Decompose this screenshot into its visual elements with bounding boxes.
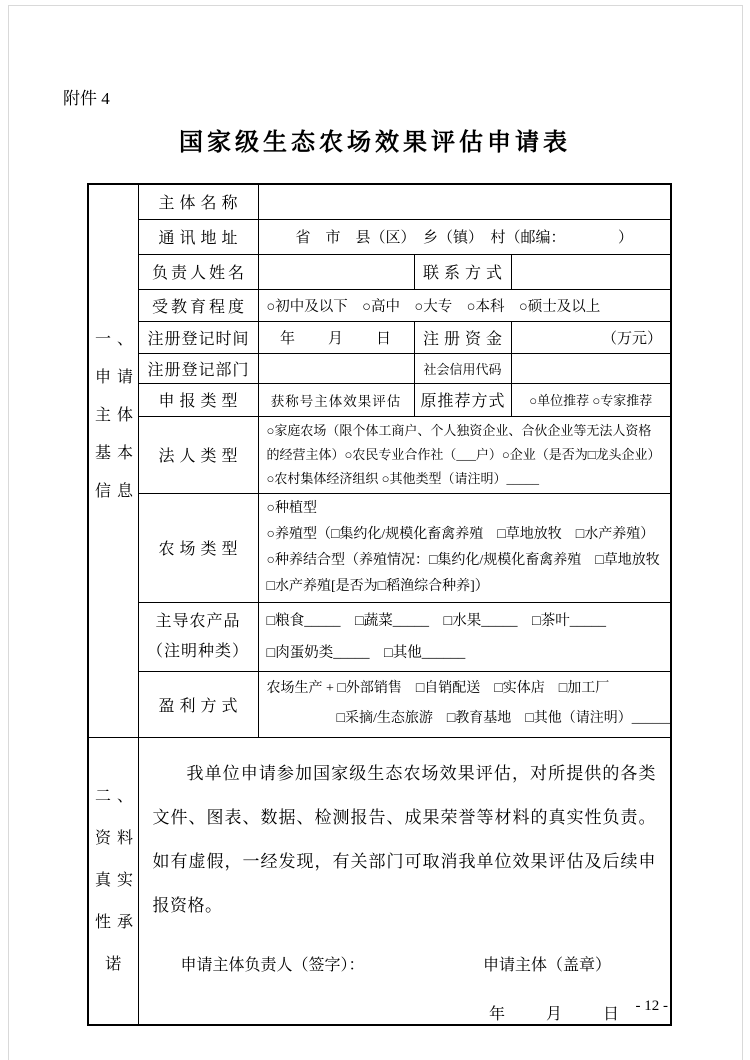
profit-mode-options[interactable]: 农场生产 + □外部销售 □自销配送 □实体店 □加工厂 □采摘/生态旅游 □教… xyxy=(258,671,671,737)
profit-mode-label: 盈利方式 xyxy=(138,671,258,737)
contact-field[interactable] xyxy=(511,254,671,289)
registration-dept-label: 注册登记部门 xyxy=(138,353,258,383)
page-number: - 12 - xyxy=(636,998,669,1015)
profit-mode-line: □采摘/生态旅游 □教育基地 □其他（请注明）_______ xyxy=(267,704,663,734)
principal-field[interactable] xyxy=(258,254,414,289)
farm-type-label: 农场类型 xyxy=(138,493,258,602)
education-options[interactable]: ○初中及以下 ○高中 ○大专 ○本科 ○硕士及以上 xyxy=(258,289,671,321)
farm-type-line: ○养殖型（□集约化/规模化畜禽养殖 □草地放牧 □水产养殖） xyxy=(267,522,663,548)
profit-mode-line: 农场生产 + □外部销售 □自销配送 □实体店 □加工厂 xyxy=(267,674,663,704)
registration-fund-label: 注册资金 xyxy=(414,321,511,353)
section2-header-line: 真实 xyxy=(89,860,138,902)
pledge-text: 我单位申请参加国家级生态农场效果评估，对所提供的各类文件、图表、数据、检测报告、… xyxy=(153,752,657,928)
credit-code-field[interactable] xyxy=(511,353,671,383)
address-label: 通讯地址 xyxy=(138,219,258,254)
section2-header-line: 性承 xyxy=(89,902,138,944)
registration-time-label: 注册登记时间 xyxy=(138,321,258,353)
date-line: 年 月 日 xyxy=(483,1001,622,1024)
legal-type-line: 的经营主体）○农民专业合作社（___户）○企业（是否为□龙头企业） xyxy=(267,443,663,467)
application-form-table: 一、 申请 主体 基本 信息 主体名称 通讯地址 省 市 县（区） 乡（镇） 村… xyxy=(87,183,672,1026)
section1-header: 一、 申请 主体 基本 信息 xyxy=(88,184,138,737)
section1-header-line: 申请 xyxy=(89,359,138,397)
registration-dept-field[interactable] xyxy=(258,353,414,383)
apply-type-label: 申报类型 xyxy=(138,383,258,416)
main-product-label: 主导农产品 （注明种类） xyxy=(138,602,258,671)
apply-type-value: 获称号主体效果评估 xyxy=(258,383,414,416)
attachment-label: 附件 4 xyxy=(63,84,110,109)
main-product-options[interactable]: □粮食_____ □蔬菜_____ □水果_____ □茶叶_____ □肉蛋奶… xyxy=(258,602,671,671)
section2-header-line: 二、 xyxy=(89,776,138,818)
section2-header-line: 诺 xyxy=(89,944,138,986)
legal-type-line: ○农村集体经济组织 ○其他类型（请注明）_____ xyxy=(267,467,663,491)
recommend-options[interactable]: ○单位推荐 ○专家推荐 xyxy=(511,383,671,416)
registration-time-field[interactable]: 年 月 日 xyxy=(258,321,414,353)
section2-header-line: 资料 xyxy=(89,818,138,860)
farm-type-line: ○种植型 xyxy=(267,496,663,522)
pledge-cell: 我单位申请参加国家级生态农场效果评估，对所提供的各类文件、图表、数据、检测报告、… xyxy=(138,737,671,1025)
main-product-label-line: 主导农产品 xyxy=(139,607,258,637)
section1-header-line: 基本 xyxy=(89,435,138,473)
farm-type-line: □水产养殖[是否为□稻渔综合种养]） xyxy=(267,574,663,600)
seal-label: 申请主体（盖章） xyxy=(483,957,611,974)
farm-type-options[interactable]: ○种植型 ○养殖型（□集约化/规模化畜禽养殖 □草地放牧 □水产养殖） ○种养结… xyxy=(258,493,671,602)
signature-left-label: 申请主体负责人（签字）： xyxy=(181,952,365,1024)
main-product-label-line: （注明种类） xyxy=(139,637,258,667)
education-label: 受教育程度 xyxy=(138,289,258,321)
subject-name-label: 主体名称 xyxy=(138,184,258,219)
page-title: 国家级生态农场效果评估申请表 xyxy=(0,122,750,157)
main-product-line: □肉蛋奶类_____ □其他______ xyxy=(267,637,663,669)
signature-row: 申请主体负责人（签字）： 申请主体（盖章） 年 月 日 xyxy=(181,952,623,1024)
section2-header: 二、 资料 真实 性承 诺 xyxy=(88,737,138,1025)
subject-name-field[interactable] xyxy=(258,184,671,219)
legal-type-options[interactable]: ○家庭农场（限个体工商户、个人独资企业、合伙企业等无法人资格 的经营主体）○农民… xyxy=(258,416,671,493)
credit-code-label: 社会信用代码 xyxy=(414,353,511,383)
contact-label: 联系方式 xyxy=(414,254,511,289)
document-page: 附件 4 国家级生态农场效果评估申请表 一、 申请 主体 基本 信息 主体名称 … xyxy=(0,0,750,1060)
legal-type-label: 法人类型 xyxy=(138,416,258,493)
registration-fund-field[interactable]: （万元） xyxy=(511,321,671,353)
section1-header-line: 一、 xyxy=(89,321,138,359)
main-product-line: □粮食_____ □蔬菜_____ □水果_____ □茶叶_____ xyxy=(267,605,663,637)
recommend-label: 原推荐方式 xyxy=(414,383,511,416)
principal-label: 负责人姓名 xyxy=(138,254,258,289)
section1-header-line: 主体 xyxy=(89,397,138,435)
section1-header-line: 信息 xyxy=(89,473,138,511)
farm-type-line: ○种养结合型（养殖情况：□集约化/规模化畜禽养殖 □草地放牧 xyxy=(267,548,663,574)
address-field[interactable]: 省 市 县（区） 乡（镇） 村（邮编： ） xyxy=(258,219,671,254)
legal-type-line: ○家庭农场（限个体工商户、个人独资企业、合伙企业等无法人资格 xyxy=(267,419,663,443)
signature-right-block: 申请主体（盖章） 年 月 日 xyxy=(483,952,622,1024)
